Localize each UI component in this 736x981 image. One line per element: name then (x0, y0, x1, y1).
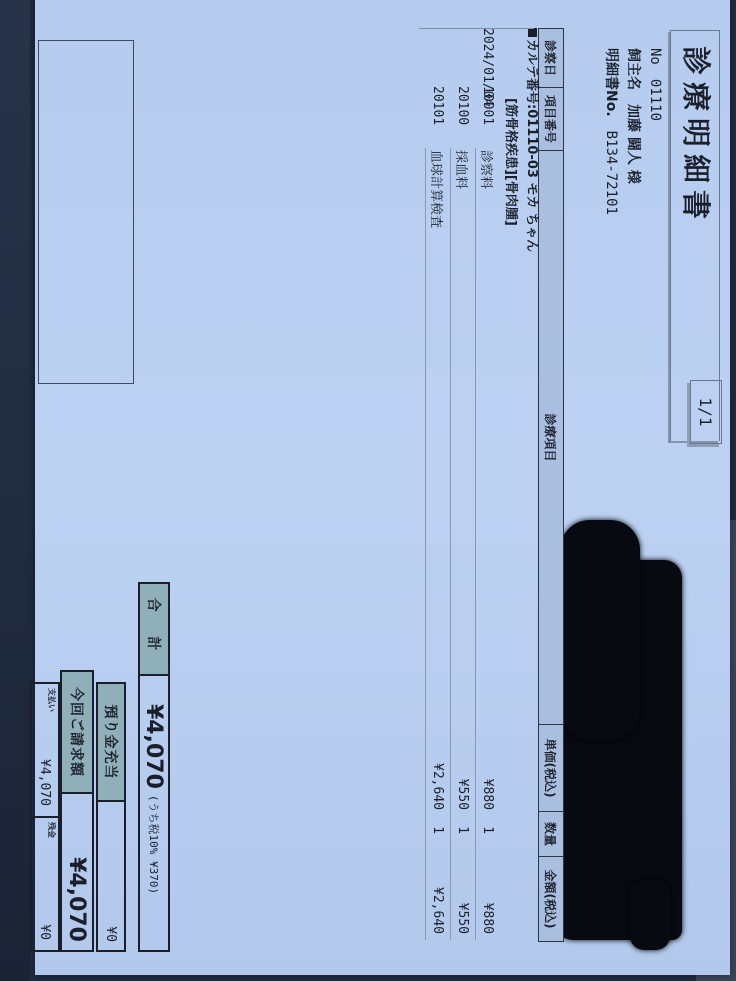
owner-row: 飼主名 加藤 闘人 様 (622, 48, 644, 215)
header-amount: 金額(税込) (539, 857, 563, 941)
statement-no-label: 明細書No. (600, 48, 622, 117)
redaction-mark (630, 880, 670, 950)
row-unit-price: ¥880 (481, 720, 496, 810)
statement-no-value: B134-72101 (600, 131, 622, 215)
header-item: 診療項目 (539, 151, 563, 725)
row-code: 20100 (456, 86, 471, 150)
row-qty: 1 (431, 810, 446, 850)
document-title: 診療明細書 (677, 46, 718, 226)
square-bullet-icon (528, 28, 537, 37)
tax-note: (うち税10% ¥370) (146, 795, 162, 894)
row-date: 2024/01/04 (481, 28, 496, 86)
row-item: 診察料 (479, 150, 498, 720)
total-box: 合 計 ¥4,070 (うち税10% ¥370) (138, 582, 170, 952)
record-no-row: No 01110 (644, 48, 666, 215)
row-item: 血球計算検査 (429, 150, 448, 720)
table-header: 診察日 項目番号 診療項目 単価(税込) 数量 金額(税込) (538, 28, 564, 942)
record-no-value: 01110 (644, 79, 666, 121)
paid-label: 支払い (46, 688, 57, 712)
total-value-area: ¥4,070 (うち税10% ¥370) (140, 676, 168, 894)
header-date: 診察日 (539, 29, 563, 88)
row-qty: 1 (481, 810, 496, 850)
row-qty: 1 (456, 810, 471, 850)
paid-value: ¥4,070 (38, 759, 53, 806)
balance-cell: 残金 ¥0 (32, 818, 58, 950)
paid-cell: 支払い ¥4,070 (32, 684, 58, 818)
row-unit-price: ¥550 (456, 720, 471, 810)
balance-label: 残金 (46, 822, 57, 838)
header-unit-price: 単価(税込) (539, 725, 563, 812)
deposit-box: 預り金充当 ¥0 (96, 682, 126, 952)
billed-value: ¥4,070 (62, 794, 92, 950)
row-item: 採血料 (454, 150, 473, 720)
stamp-area (38, 40, 134, 384)
owner-label: 飼主名 (622, 48, 644, 90)
table-row: 2024/01/04 10001 診察料 ¥880 1 ¥880 (476, 28, 500, 940)
row-code: 20101 (431, 86, 446, 150)
row-amount: ¥880 (481, 850, 496, 940)
header-code: 項目番号 (539, 88, 563, 151)
receipt-sheet: 診療明細書 1/1 No 01110 飼主名 加藤 闘人 様 明細書No. B1… (35, 0, 730, 975)
owner-name: 加藤 闘人 様 (622, 104, 644, 184)
header-qty: 数量 (539, 812, 563, 857)
table-row: 20101 血球計算検査 ¥2,640 1 ¥2,640 (426, 28, 450, 940)
row-unit-price: ¥2,640 (431, 720, 446, 810)
row-amount: ¥550 (456, 850, 471, 940)
table-row: 20100 採血料 ¥550 1 ¥550 (451, 28, 475, 940)
record-no-label: No (644, 48, 666, 65)
billed-box: 今回ご請求額 ¥4,070 (60, 670, 94, 952)
statement-no-row: 明細書No. B134-72101 (600, 48, 622, 215)
total-label: 合 計 (140, 584, 168, 676)
table-body: 2024/01/04 10001 診察料 ¥880 1 ¥880 20100 採… (425, 28, 500, 940)
billed-label: 今回ご請求額 (62, 672, 92, 794)
karte-line: カルテ番号:01110-03 モカ ちゃん (522, 28, 540, 252)
balance-value: ¥0 (38, 924, 53, 940)
total-value: ¥4,070 (142, 704, 167, 789)
page-indicator: 1/1 (690, 380, 722, 444)
deposit-label: 預り金充当 (98, 684, 124, 802)
redaction-mark (560, 520, 640, 740)
row-code: 10001 (481, 86, 496, 150)
deposit-value: ¥0 (98, 802, 124, 950)
photo-frame: 診療明細書 1/1 No 01110 飼主名 加藤 闘人 様 明細書No. B1… (0, 0, 736, 981)
diagnosis-line: [筋骨格疾患][骨肉腫] (503, 98, 522, 226)
karte-text: カルテ番号:01110-03 モカ ちゃん (524, 39, 539, 252)
payment-box: 支払い ¥4,070 残金 ¥0 (30, 682, 60, 952)
row-amount: ¥2,640 (431, 850, 446, 940)
header-meta: No 01110 飼主名 加藤 闘人 様 明細書No. B134-72101 (600, 48, 666, 215)
